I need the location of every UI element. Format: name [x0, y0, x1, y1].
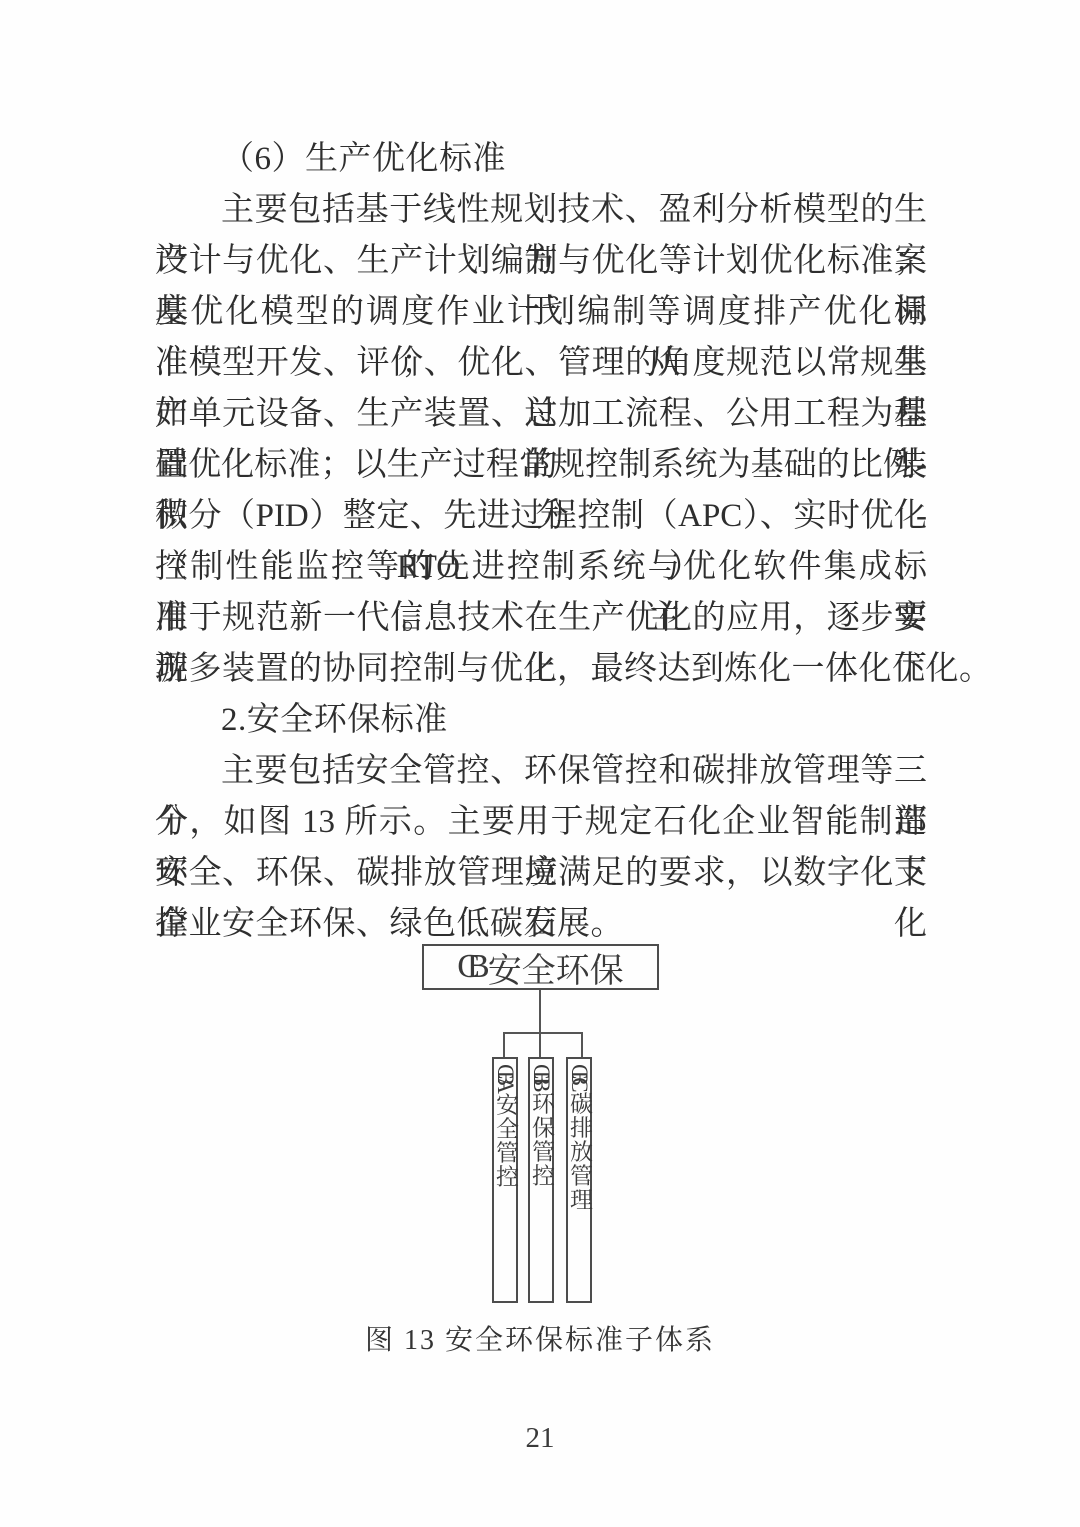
figure-root-box: CB安全环保 — [422, 944, 659, 990]
connector-root-line — [539, 990, 541, 1033]
figure-child-label: 安全管控 — [493, 1092, 518, 1188]
figure-child-box-environment-control: CBB环保管控 — [528, 1057, 554, 1303]
figure-caption: 图 13 安全环保标准子体系 — [0, 1318, 1080, 1358]
figure-child-box-safety-control: CBA安全管控 — [492, 1057, 518, 1303]
text-line: 安全、环保、碳排放管理应满足的要求，以数字化支撑石化 — [155, 848, 927, 899]
text-line: 控制性能监控等的先进控制系统与优化软件集成标准。主要 — [155, 542, 927, 593]
figure-root-code: CB — [457, 948, 477, 986]
figure-child-code: CBB — [529, 1064, 554, 1084]
connector-branch-line — [503, 1032, 583, 1034]
connector-stub-right — [581, 1032, 583, 1058]
figure-child-code: CBA — [493, 1064, 518, 1085]
text-line: 微分（PID）整定、先进过程控制（APC）、实时优化（RTO）、 — [155, 491, 927, 542]
text-line: 主要包括基于线性规划技术、盈利分析模型的生产方案 — [155, 185, 927, 236]
connector-stub-left — [503, 1032, 505, 1058]
text-line: 主要包括安全管控、环保管控和碳排放管理等三个部 — [155, 746, 927, 797]
text-line: 如单元设备、生产装置、总加工流程、公用工程为基础的装 — [155, 389, 927, 440]
text-line: 准模型开发、评价、优化、管理的角度规范以常规生产过程 — [155, 338, 927, 389]
text-line: 设计与优化、生产计划编制与优化等计划优化标准；基于调 — [155, 236, 927, 287]
figure-child-code: CBC — [567, 1064, 592, 1084]
text-line: 用于规范新一代信息技术在生产优化的应用，逐步实现上下 — [155, 593, 927, 644]
text-line: 度优化模型的调度作业计划编制等调度排产优化标准；从基 — [155, 287, 927, 338]
text-line: 置优化标准；以生产过程常规控制系统为基础的比例-积分- — [155, 440, 927, 491]
figure-child-label: 环保管控 — [529, 1091, 554, 1187]
page-number: 21 — [0, 1422, 1080, 1455]
figure-child-box-carbon-management: CBC碳排放管理 — [566, 1057, 592, 1303]
text-line: 游多装置的协同控制与优化，最终达到炼化一体化优化。 — [155, 644, 927, 695]
heading-production-optimization: （6）生产优化标准 — [155, 134, 927, 185]
text-line: 分，如图 13 所示。主要用于规定石化企业智能制造环境下 — [155, 797, 927, 848]
document-page: （6）生产优化标准 主要包括基于线性规划技术、盈利分析模型的生产方案 设计与优化… — [0, 0, 1080, 1527]
heading-safety-environment: 2.安全环保标准 — [155, 695, 927, 746]
connector-stub-middle — [539, 1032, 541, 1058]
figure-child-label: 碳排放管理 — [567, 1091, 592, 1211]
body-text: （6）生产优化标准 主要包括基于线性规划技术、盈利分析模型的生产方案 设计与优化… — [155, 134, 927, 950]
figure-root-label: 安全环保 — [488, 943, 624, 992]
